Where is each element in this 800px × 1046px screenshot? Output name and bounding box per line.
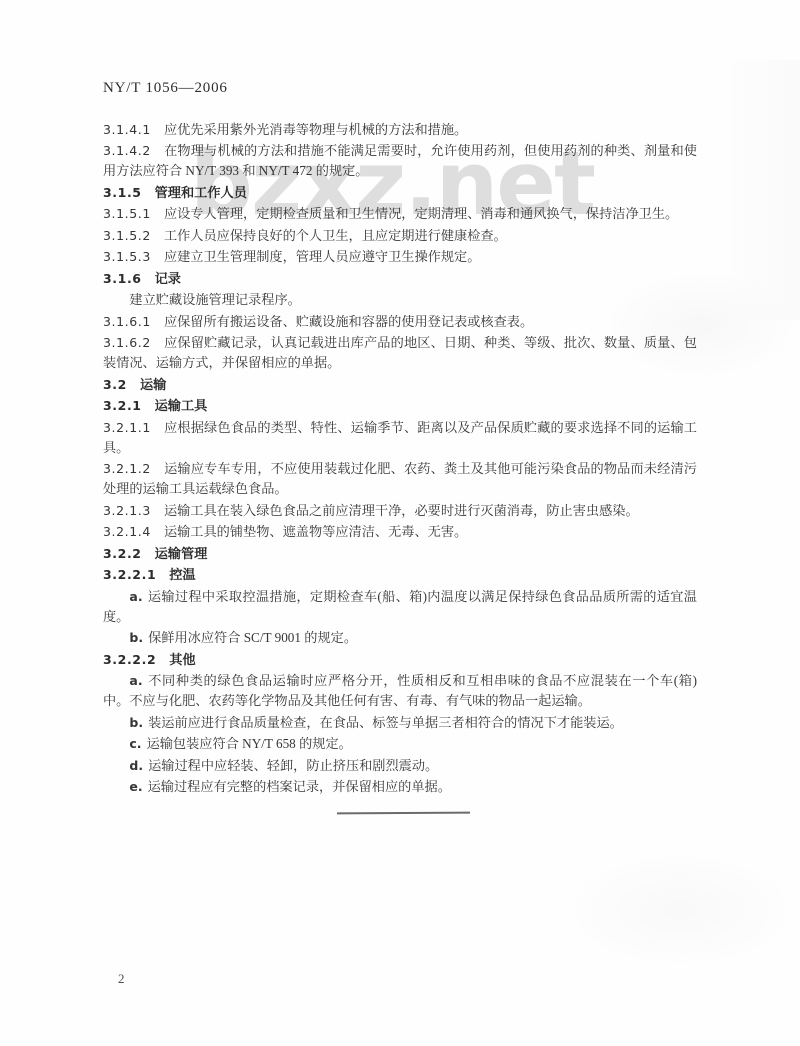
paragraph-3.1.5: 3.1.5管理和工作人员 — [103, 183, 697, 203]
paragraph-c: c.运输包装应符合 NY/T 658 的规定。 — [103, 734, 697, 754]
clause-text: 应保留所有搬运设备、贮藏设施和容器的使用登记表或核查表。 — [164, 314, 533, 329]
clause-number: 3.2 — [103, 377, 127, 392]
paragraph-b: b.保鲜用冰应符合 SC/T 9001 的规定。 — [103, 628, 697, 648]
scan-noise-patch — [560, 850, 800, 970]
clause-number: 3.1.6.1 — [103, 314, 151, 329]
clause-text: 运输过程应有完整的档案记录，并保留相应的单据。 — [148, 779, 451, 794]
clause-number: d. — [129, 758, 143, 773]
clause-number: 3.2.2.2 — [103, 652, 156, 667]
paragraph-b: b.装运前应进行食品质量检查，在食品、标签与单据三者相符合的情况下才能装运。 — [103, 713, 697, 733]
clause-text: 工作人员应保持良好的个人卫生，且应定期进行健康检查。 — [164, 228, 507, 243]
clause-text: 运输应专车专用，不应使用装载过化肥、农药、粪土及其他可能污染食品的物品而未经清污… — [103, 461, 697, 496]
paragraph-3.2.2.2: 3.2.2.2其他 — [103, 650, 697, 670]
clause-text: 运输 — [140, 377, 166, 392]
footer-divider-line — [337, 812, 470, 815]
clause-number: 3.2.1 — [103, 398, 142, 413]
clause-text: 装运前应进行食品质量检查，在食品、标签与单据三者相符合的情况下才能装运。 — [148, 715, 623, 730]
clause-text: 运输工具的铺垫物、遮盖物等应清洁、无毒、无害。 — [164, 524, 467, 539]
paragraph-d: d.运输过程中应轻装、轻卸，防止挤压和剧烈震动。 — [103, 756, 697, 776]
paragraph-3.1.6.2: 3.1.6.2应保留贮藏记录，认真记载进出库产品的地区、日期、种类、等级、批次、… — [103, 333, 697, 373]
clause-text: 应优先采用紫外光消毒等物理与机械的方法和措施。 — [164, 122, 467, 137]
clause-text: 应设专人管理，定期检查质量和卫生情况，定期清理、消毒和通风换气，保持洁净卫生。 — [164, 206, 678, 221]
paragraph-3.1.5.1: 3.1.5.1应设专人管理，定期检查质量和卫生情况，定期清理、消毒和通风换气，保… — [103, 204, 697, 224]
clause-number: c. — [129, 736, 141, 751]
paragraph-indent-7: 建立贮藏设施管理记录程序。 — [103, 290, 697, 310]
paragraph-3.2.1.1: 3.2.1.1应根据绿色食品的类型、特性、运输季节、距离以及产品保质贮藏的要求选… — [103, 418, 697, 458]
clause-text: 运输包装应符合 NY/T 658 的规定。 — [147, 736, 352, 751]
paragraph-3.1.4.2: 3.1.4.2在物理与机械的方法和措施不能满足需要时，允许使用药剂，但使用药剂的… — [103, 141, 697, 181]
clause-number: a. — [129, 589, 142, 604]
clause-text: 应根据绿色食品的类型、特性、运输季节、距离以及产品保质贮藏的要求选择不同的运输工… — [103, 420, 697, 455]
clause-number: 3.2.2 — [103, 546, 142, 561]
clause-number: a. — [129, 673, 142, 688]
clause-text: 控温 — [169, 567, 195, 582]
clause-number: 3.2.1.3 — [103, 503, 151, 518]
clause-text: 保鲜用冰应符合 SC/T 9001 的规定。 — [148, 630, 357, 645]
clause-text: 应保留贮藏记录，认真记载进出库产品的地区、日期、种类、等级、批次、数量、质量、包… — [103, 335, 697, 370]
clause-text: 建立贮藏设施管理记录程序。 — [129, 292, 300, 307]
paragraph-3.1.6.1: 3.1.6.1应保留所有搬运设备、贮藏设施和容器的使用登记表或核查表。 — [103, 312, 697, 332]
paragraph-3.1.5.3: 3.1.5.3应建立卫生管理制度，管理人员应遵守卫生操作规定。 — [103, 247, 697, 267]
clause-number: 3.2.1.1 — [103, 420, 151, 435]
paragraph-3.2.1.4: 3.2.1.4运输工具的铺垫物、遮盖物等应清洁、无毒、无害。 — [103, 522, 697, 542]
paragraph-e: e.运输过程应有完整的档案记录，并保留相应的单据。 — [103, 777, 697, 797]
page-number: 2 — [118, 971, 125, 987]
clause-text: 运输管理 — [155, 546, 208, 561]
paragraph-a: a.运输过程中采取控温措施，定期检查车(船、箱)内温度以满足保持绿色食品品质所需… — [103, 587, 697, 627]
paragraph-3.2: 3.2运输 — [103, 375, 697, 395]
paragraph-3.1.4.1: 3.1.4.1应优先采用紫外光消毒等物理与机械的方法和措施。 — [103, 120, 697, 140]
clause-number: 3.1.5.2 — [103, 228, 151, 243]
paragraph-a: a.不同种类的绿色食品运输时应严格分开，性质相反和互相串味的食品不应混装在一个车… — [103, 671, 697, 711]
paragraph-3.2.1: 3.2.1运输工具 — [103, 396, 697, 416]
clause-text: 记录 — [155, 271, 181, 286]
paragraph-3.2.2.1: 3.2.2.1控温 — [103, 565, 697, 585]
clause-text: 运输工具 — [155, 398, 208, 413]
clause-number: 3.2.1.2 — [103, 461, 151, 476]
clause-number: 3.1.5.1 — [103, 206, 151, 221]
clause-number: 3.2.2.1 — [103, 567, 156, 582]
scanned-standard-page: bzxz.net NY/T 1056—2006 3.1.4.1应优先采用紫外光消… — [0, 0, 800, 1046]
paragraph-3.1.6: 3.1.6记录 — [103, 269, 697, 289]
clause-text: 其他 — [169, 652, 195, 667]
clause-number: 3.1.4.1 — [103, 122, 151, 137]
clause-number: b. — [129, 715, 143, 730]
clause-text: 运输工具在装入绿色食品之前应清理干净，必要时进行灭菌消毒，防止害虫感染。 — [164, 503, 639, 518]
clause-text: 运输过程中应轻装、轻卸，防止挤压和剧烈震动。 — [148, 758, 438, 773]
paragraph-3.2.2: 3.2.2运输管理 — [103, 544, 697, 564]
clause-number: 3.1.5 — [103, 185, 142, 200]
clause-text: 在物理与机械的方法和措施不能满足需要时，允许使用药剂，但使用药剂的种类、剂量和使… — [103, 143, 697, 178]
clause-number: 3.1.4.2 — [103, 143, 151, 158]
clause-number: b. — [129, 630, 143, 645]
clause-text: 不同种类的绿色食品运输时应严格分开，性质相反和互相串味的食品不应混装在一个车(箱… — [103, 673, 697, 708]
clause-number: e. — [129, 779, 142, 794]
standard-number-header: NY/T 1056—2006 — [103, 80, 228, 97]
paragraph-3.2.1.3: 3.2.1.3运输工具在装入绿色食品之前应清理干净，必要时进行灭菌消毒，防止害虫… — [103, 501, 697, 521]
scan-noise-patch — [720, 60, 800, 320]
paragraph-3.2.1.2: 3.2.1.2运输应专车专用，不应使用装载过化肥、农药、粪土及其他可能污染食品的… — [103, 459, 697, 499]
document-body: 3.1.4.1应优先采用紫外光消毒等物理与机械的方法和措施。3.1.4.2在物理… — [103, 118, 697, 799]
clause-text: 应建立卫生管理制度，管理人员应遵守卫生操作规定。 — [164, 249, 481, 264]
clause-text: 管理和工作人员 — [155, 185, 247, 200]
clause-number: 3.1.6 — [103, 271, 142, 286]
clause-number: 3.1.5.3 — [103, 249, 151, 264]
clause-number: 3.2.1.4 — [103, 524, 151, 539]
clause-number: 3.1.6.2 — [103, 335, 151, 350]
clause-text: 运输过程中采取控温措施，定期检查车(船、箱)内温度以满足保持绿色食品品质所需的适… — [103, 589, 697, 624]
paragraph-3.1.5.2: 3.1.5.2工作人员应保持良好的个人卫生，且应定期进行健康检查。 — [103, 226, 697, 246]
